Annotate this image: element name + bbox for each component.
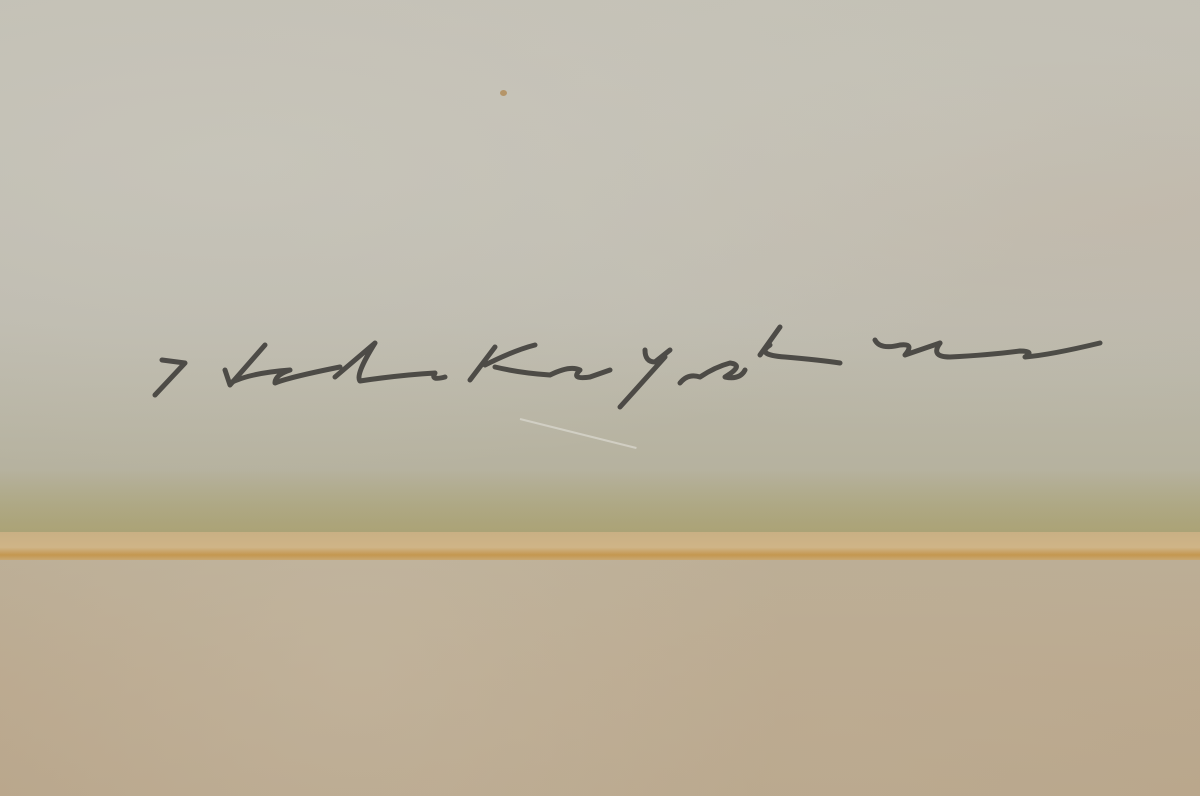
- pencil-signature: Hodaka Yoshida: [140, 315, 1140, 425]
- mat-bevel-edge: [0, 532, 1200, 560]
- print-paper: [0, 0, 1200, 532]
- foxing-spot: [500, 90, 507, 96]
- signature-strokes-icon: [140, 315, 1140, 425]
- mat-board: [0, 560, 1200, 796]
- paper-toning: [0, 470, 1200, 532]
- photo-scene: Hodaka Yoshida: [0, 0, 1200, 796]
